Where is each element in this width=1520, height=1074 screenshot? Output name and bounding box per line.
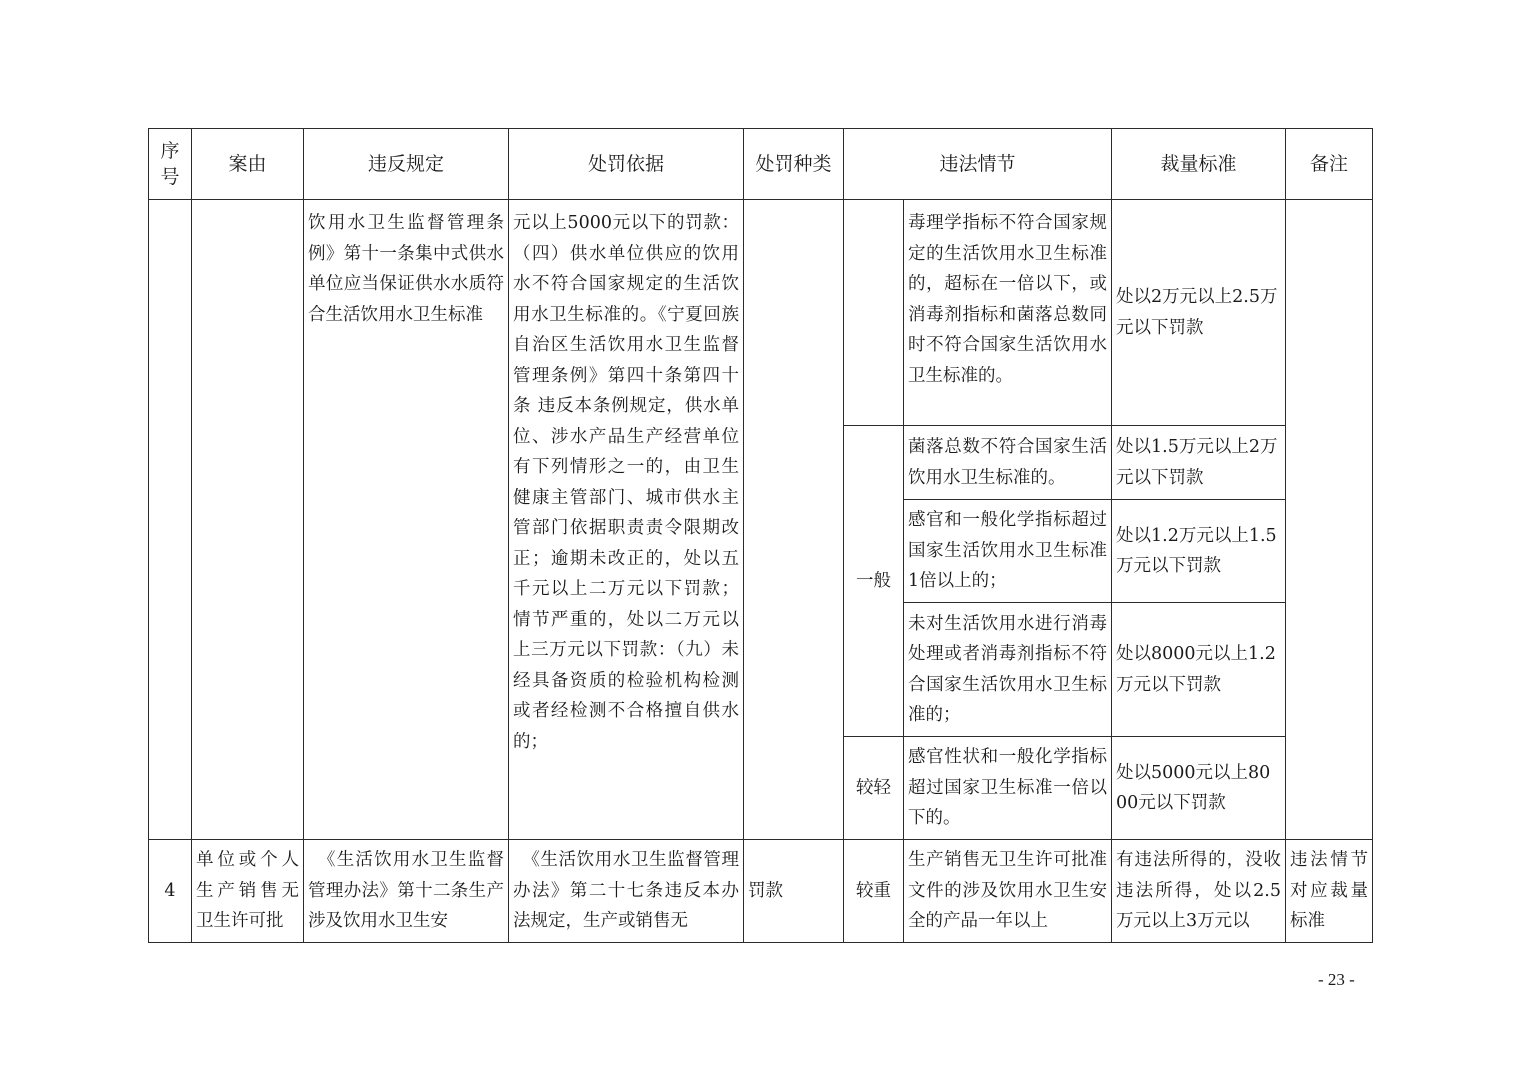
cell-seq: 4 bbox=[149, 840, 192, 943]
cell-penalty-basis: 元以上5000元以下的罚款：（四）供水单位供应的饮用水不符合国家规定的生活饮用水… bbox=[509, 200, 744, 840]
cell-seq bbox=[149, 200, 192, 840]
header-circumstance: 违法情节 bbox=[844, 129, 1112, 200]
header-standard: 裁量标准 bbox=[1112, 129, 1286, 200]
header-row: 序号 案由 违反规定 处罚依据 处罚种类 违法情节 裁量标准 备注 bbox=[149, 129, 1373, 200]
cell-circumstance: 毒理学指标不符合国家规定的生活饮用水卫生标准的，超标在一倍以下，或消毒剂指标和菌… bbox=[904, 200, 1112, 426]
header-penalty-type: 处罚种类 bbox=[744, 129, 844, 200]
cell-case: 单位或个人生产销售无卫生许可批 bbox=[192, 840, 304, 943]
header-seq: 序号 bbox=[149, 129, 192, 200]
cell-standard: 处以1.2万元以上1.5万元以下罚款 bbox=[1112, 500, 1286, 603]
cell-penalty-type bbox=[744, 200, 844, 840]
cell-penalty-basis: 《生活饮用水卫生监督管理办法》第二十七条违反本办法规定，生产或销售无 bbox=[509, 840, 744, 943]
table-row: 饮用水卫生监督管理条例》第十一条集中式供水单位应当保证供水水质符合生活饮用水卫生… bbox=[149, 200, 1373, 426]
header-remarks: 备注 bbox=[1286, 129, 1373, 200]
cell-violated-rule: 《生活饮用水卫生监督管理办法》第十二条生产涉及饮用水卫生安 bbox=[304, 840, 509, 943]
cell-remarks bbox=[1286, 200, 1373, 840]
cell-penalty-type: 罚款 bbox=[744, 840, 844, 943]
header-penalty-basis: 处罚依据 bbox=[509, 129, 744, 200]
cell-standard: 处以1.5万元以上2万元以下罚款 bbox=[1112, 426, 1286, 500]
penalty-discretion-table: 序号 案由 违反规定 处罚依据 处罚种类 违法情节 裁量标准 备注 饮用水卫生监… bbox=[148, 128, 1373, 943]
cell-level: 一般 bbox=[844, 426, 904, 737]
cell-remarks: 违法情节对应裁量标准 bbox=[1286, 840, 1373, 943]
cell-level bbox=[844, 200, 904, 426]
header-violated-rule: 违反规定 bbox=[304, 129, 509, 200]
cell-violated-rule: 饮用水卫生监督管理条例》第十一条集中式供水单位应当保证供水水质符合生活饮用水卫生… bbox=[304, 200, 509, 840]
cell-case bbox=[192, 200, 304, 840]
page-number: - 23 - bbox=[1318, 970, 1355, 990]
header-case: 案由 bbox=[192, 129, 304, 200]
document-page: 序号 案由 违反规定 处罚依据 处罚种类 违法情节 裁量标准 备注 饮用水卫生监… bbox=[0, 0, 1520, 1074]
cell-level: 较重 bbox=[844, 840, 904, 943]
cell-standard: 处以5000元以上8000元以下罚款 bbox=[1112, 737, 1286, 840]
cell-circumstance: 生产销售无卫生许可批准文件的涉及饮用水卫生安全的产品一年以上 bbox=[904, 840, 1112, 943]
cell-level: 较轻 bbox=[844, 737, 904, 840]
cell-circumstance: 感官和一般化学指标超过国家生活饮用水卫生标准1倍以上的； bbox=[904, 500, 1112, 603]
cell-circumstance: 感官性状和一般化学指标超过国家卫生标准一倍以下的。 bbox=[904, 737, 1112, 840]
cell-standard: 处以2万元以上2.5万元以下罚款 bbox=[1112, 200, 1286, 426]
cell-circumstance: 未对生活饮用水进行消毒处理或者消毒剂指标不符合国家生活饮用水卫生标准的； bbox=[904, 603, 1112, 737]
cell-standard: 处以8000元以上1.2万元以下罚款 bbox=[1112, 603, 1286, 737]
cell-standard: 有违法所得的，没收违法所得，处以2.5万元以上3万元以 bbox=[1112, 840, 1286, 943]
cell-circumstance: 菌落总数不符合国家生活饮用水卫生标准的。 bbox=[904, 426, 1112, 500]
table-row: 4 单位或个人生产销售无卫生许可批 《生活饮用水卫生监督管理办法》第十二条生产涉… bbox=[149, 840, 1373, 943]
